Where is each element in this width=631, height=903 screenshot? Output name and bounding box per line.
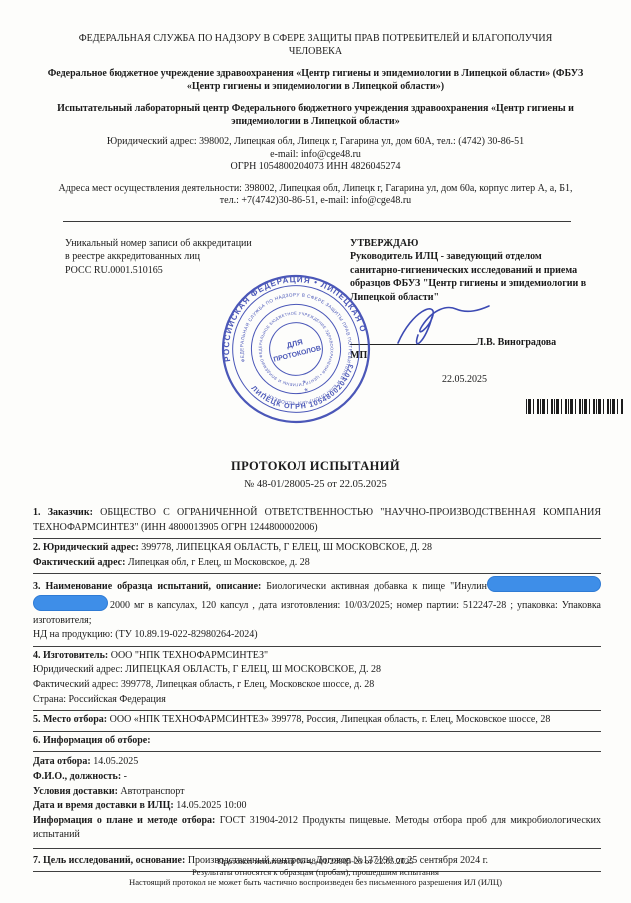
section-sample-description: 3. Наименование образца испытаний, описа…	[33, 574, 601, 646]
page-footer: Протокол испытаний № 48-01/28005-25 от 2…	[0, 856, 631, 888]
footer-protocol-ref: Протокол испытаний № 48-01/28005-25 от 2…	[0, 856, 631, 867]
sampling-date-label: Дата отбора:	[33, 756, 91, 767]
actual-address-value: Липецкая обл, г Елец, ш Московское, д. 2…	[125, 557, 309, 568]
footer-copy-restriction: Настоящий протокол не может быть частичн…	[0, 877, 631, 888]
section-legal-address: 2. Юридический адрес: 399778, ЛИПЕЦКАЯ О…	[33, 539, 601, 574]
federal-agency-name: ФЕДЕРАЛЬНАЯ СЛУЖБА ПО НАДЗОРУ В СФЕРЕ ЗА…	[55, 33, 576, 58]
sampling-place-value: ООО «НПК ТЕХНОФАРМСИНТЕЗ» 399778, Россия…	[107, 714, 550, 725]
sample-label: 3. Наименование образца испытаний, описа…	[33, 581, 261, 592]
legal-address-value: 399778, ЛИПЕЦКАЯ ОБЛАСТЬ, Г ЕЛЕЦ, Ш МОСК…	[139, 542, 432, 553]
section-sampling-info-rows: Дата отбора: 14.05.2025 Ф.И.О., должност…	[33, 752, 601, 852]
approval-date: 22.05.2025	[442, 373, 593, 387]
sample-details: 2000 мг в капсулах, 120 капсул , дата из…	[33, 600, 601, 626]
sample-name-before-redaction: Биологически активная добавка к пище "Ин…	[261, 581, 487, 592]
email-line: e-mail: info@cge48.ru	[0, 149, 631, 162]
section-customer: 1. Заказчик: ОБЩЕСТВО С ОГРАНИЧЕННОЙ ОТВ…	[33, 504, 601, 539]
manufacturer-actual-address: Фактический адрес: 399778, Липецкая обла…	[33, 678, 601, 693]
protocol-title: ПРОТОКОЛ ИСПЫТАНИЙ	[0, 459, 631, 474]
document-header: ФЕДЕРАЛЬНАЯ СЛУЖБА ПО НАДЗОРУ В СФЕРЕ ЗА…	[0, 0, 631, 208]
delivery-datetime-label: Дата и время доставки в ИЛЦ:	[33, 800, 174, 811]
accreditation-line-2: в реестре аккредитованных лиц	[65, 250, 317, 264]
manufacturer-legal-address: Юридический адрес: ЛИПЕЦКАЯ ОБЛАСТЬ, Г Е…	[33, 663, 601, 678]
redaction-pill	[33, 595, 108, 611]
ogrn-inn-line: ОГРН 1054800204073 ИНН 4826045274	[0, 161, 631, 174]
manufacturer-country: Страна: Российская Федерация	[33, 693, 601, 708]
delivery-datetime-value: 14.05.2025 10:00	[174, 800, 247, 811]
section-manufacturer: 4. Изготовитель: ООО "НПК ТЕХНОФАРМСИНТЕ…	[33, 647, 601, 711]
signature-row: Л.В. Виноградова	[350, 331, 593, 348]
sampling-place-label: 5. Место отбора:	[33, 714, 107, 725]
section-sampling-info-header: 6. Информация об отборе:	[33, 732, 601, 753]
organization-name: Федеральное бюджетное учреждение здравоо…	[38, 68, 593, 93]
sampling-method-label: Информация о плане и методе отбора:	[33, 815, 215, 826]
approval-heading: УТВЕРЖДАЮ	[350, 237, 593, 251]
meta-row: Уникальный номер записи об аккредитации …	[65, 237, 593, 387]
stamp-star-icon: *	[304, 386, 310, 397]
customer-label: 1. Заказчик:	[33, 507, 93, 518]
accreditation-block: Уникальный номер записи об аккредитации …	[65, 237, 317, 387]
nd-product-line: НД на продукцию: (ТУ 10.89.19-022-829802…	[33, 628, 601, 643]
approval-role: Руководитель ИЛЦ - заведующий отделом са…	[350, 250, 593, 304]
activity-addresses-line: Адреса мест осуществления деятельности: …	[48, 183, 583, 208]
footer-results-note: Результаты относятся к образцам (пробам)…	[0, 867, 631, 878]
mp-seal-label: МП	[350, 349, 593, 363]
legal-address-label: 2. Юридический адрес:	[33, 542, 139, 553]
accreditation-number: РОСС RU.0001.510165	[65, 264, 317, 278]
sampler-name-label: Ф.И.О., должность:	[33, 771, 121, 782]
sampler-name-value: -	[121, 771, 127, 782]
manufacturer-value: ООО "НПК ТЕХНОФАРМСИНТЕЗ"	[108, 650, 268, 661]
approval-block: УТВЕРЖДАЮ Руководитель ИЛЦ - заведующий …	[350, 237, 593, 387]
section-sampling-place: 5. Место отбора: ООО «НПК ТЕХНОФАРМСИНТЕ…	[33, 711, 601, 732]
customer-value: ОБЩЕСТВО С ОГРАНИЧЕННОЙ ОТВЕТСТВЕННОСТЬЮ…	[33, 507, 601, 533]
accreditation-line-1: Уникальный номер записи об аккредитации	[65, 237, 317, 251]
delivery-conditions-value: Автотранспорт	[118, 786, 185, 797]
sampling-date-value: 14.05.2025	[91, 756, 139, 767]
document-body: 1. Заказчик: ОБЩЕСТВО С ОГРАНИЧЕННОЙ ОТВ…	[33, 504, 601, 872]
protocol-number: № 48-01/28005-25 от 22.05.2025	[0, 479, 631, 490]
title-block: ПРОТОКОЛ ИСПЫТАНИЙ № 48-01/28005-25 от 2…	[0, 459, 631, 490]
protocol-document-page: ФЕДЕРАЛЬНАЯ СЛУЖБА ПО НАДЗОРУ В СФЕРЕ ЗА…	[0, 0, 631, 903]
redaction-pill	[487, 576, 601, 592]
laboratory-center-name: Испытательный лабораторный центр Федерал…	[45, 103, 586, 128]
header-divider	[63, 221, 571, 222]
delivery-conditions-label: Условия доставки:	[33, 786, 118, 797]
legal-address-line: Юридический адрес: 398002, Липецкая обл,…	[0, 136, 631, 149]
handwritten-signature	[392, 299, 492, 351]
sampling-info-label: 6. Информация об отборе:	[33, 735, 151, 746]
manufacturer-label: 4. Изготовитель:	[33, 650, 108, 661]
actual-address-label: Фактический адрес:	[33, 557, 125, 568]
barcode	[526, 399, 623, 414]
